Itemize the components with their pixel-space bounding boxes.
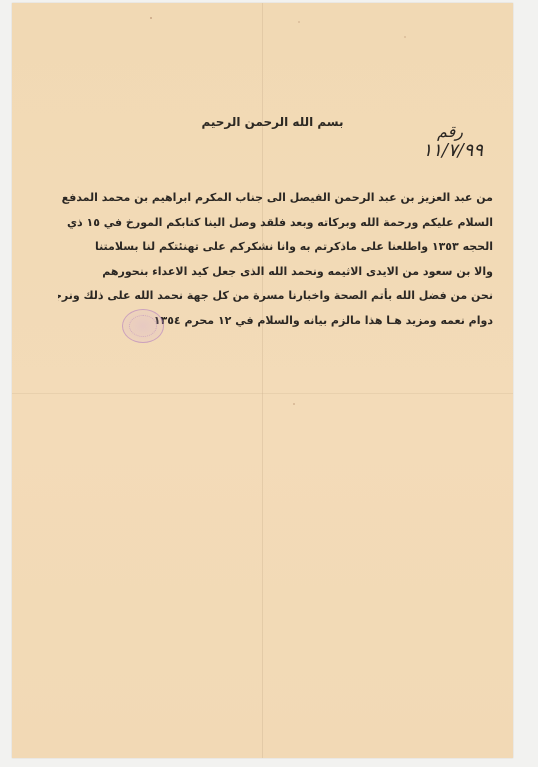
body-line: نحن من فضل الله بأتم الصحة واخبارنا مسرة… bbox=[58, 284, 493, 309]
seal-stamp-inner-ring bbox=[129, 315, 157, 337]
reference-block: رقم ١١/٧/٩٩ bbox=[373, 123, 483, 161]
paper-speck bbox=[404, 36, 406, 38]
letter-body: من عبد العزيز بن عبد الرحمن الفيصل الى ج… bbox=[58, 186, 493, 333]
paper-speck bbox=[150, 17, 152, 19]
body-line: والا بن سعود من الايدى الاثيمه ونحمد الل… bbox=[58, 260, 493, 285]
letter-paper: بسم الله الرحمن الرحيم رقم ١١/٧/٩٩ من عب… bbox=[12, 3, 513, 758]
horizontal-fold-line bbox=[12, 393, 513, 394]
body-line: من عبد العزيز بن عبد الرحمن الفيصل الى ج… bbox=[58, 186, 493, 211]
paper-speck bbox=[298, 21, 300, 23]
body-line: الحجه ١٣٥٣ واطلعنا على ماذكرتم به وانا ن… bbox=[58, 235, 493, 260]
paper-speck bbox=[293, 403, 295, 405]
scanned-page: بسم الله الرحمن الرحيم رقم ١١/٧/٩٩ من عب… bbox=[0, 0, 538, 767]
reference-label: رقم bbox=[373, 123, 483, 141]
seal-stamp-icon bbox=[122, 309, 164, 343]
body-line: السلام عليكم ورحمة الله وبركاته وبعد فلق… bbox=[58, 211, 493, 236]
reference-number: ١١/٧/٩٩ bbox=[373, 141, 483, 161]
